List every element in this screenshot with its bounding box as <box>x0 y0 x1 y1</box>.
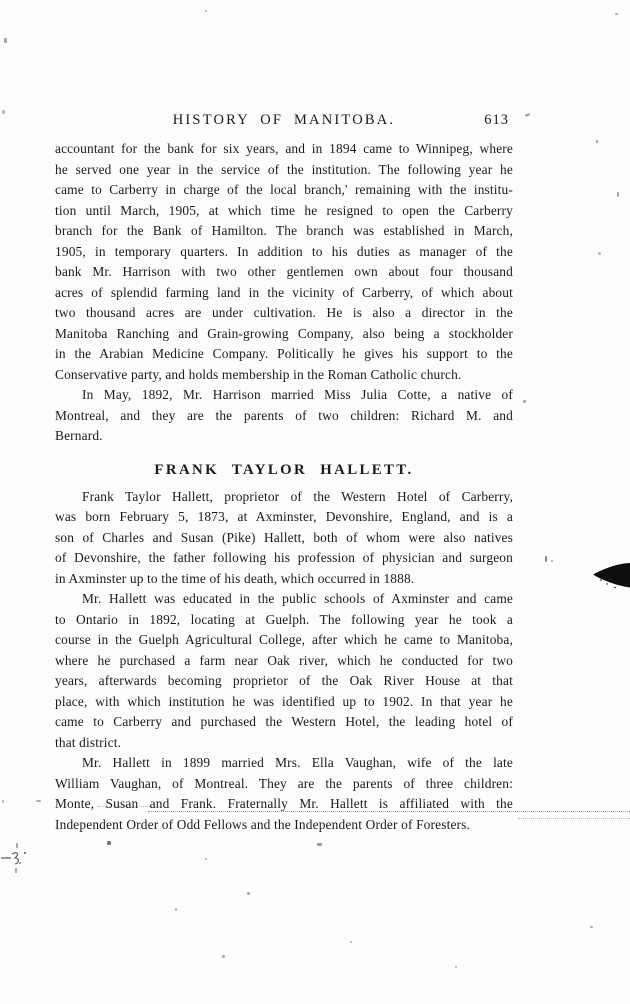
paragraph: accountant for the bank for six years, a… <box>55 139 513 385</box>
text-line: that district. <box>55 733 513 754</box>
running-head: HISTORY OF MANITOBA. 613 <box>55 112 513 132</box>
text-line: 1905, in temporary quarters. In addition… <box>55 242 513 263</box>
scan-speck <box>596 140 598 143</box>
scan-speck <box>350 941 352 943</box>
text-line: where he purchased a farm near Oak river… <box>55 651 513 672</box>
scan-speck <box>598 252 601 255</box>
text-line: in the Arabian Medicine Company. Politic… <box>55 344 513 365</box>
scan-speck <box>617 192 619 197</box>
scan-speck <box>205 858 207 860</box>
scan-speck <box>455 966 457 968</box>
text-line: Independent Order of Odd Fellows and the… <box>55 815 513 836</box>
scan-speck <box>175 908 177 911</box>
crease-line <box>148 811 630 812</box>
crease-line-right <box>518 818 630 819</box>
scan-speck <box>4 38 7 43</box>
text-line: Manitoba Ranching and Grain-growing Comp… <box>55 324 513 345</box>
text-line: Conservative party, and holds membership… <box>55 365 513 386</box>
text-line: Bernard. <box>55 426 513 447</box>
scan-speck <box>317 843 322 846</box>
running-head-title: HISTORY OF MANITOBA. <box>55 112 513 129</box>
text-line: accountant for the bank for six years, a… <box>55 139 513 160</box>
text-line: in Axminster up to the time of his death… <box>55 569 513 590</box>
handwritten-pencil-mark <box>0 840 40 880</box>
scan-speck <box>615 13 618 15</box>
scan-speck <box>545 556 547 562</box>
paragraph: Mr. Hallett in 1899 married Mrs. Ella Va… <box>55 753 513 835</box>
scan-speck <box>2 800 4 803</box>
scan-speck <box>590 926 593 928</box>
scan-speck <box>2 110 5 114</box>
text-line: tion until March, 1905, at which time he… <box>55 201 513 222</box>
scan-speck <box>551 560 553 562</box>
text-line: William Vaughan, of Montreal. They are t… <box>55 774 513 795</box>
text-line: course in the Guelph Agricultural Colleg… <box>55 630 513 651</box>
paragraph: Mr. Hallett was educated in the public s… <box>55 589 513 753</box>
section-heading: FRANK TAYLOR HALLETT. <box>55 460 513 480</box>
scan-speck <box>205 10 207 12</box>
text-line: Montreal, and they are the parents of tw… <box>55 406 513 427</box>
crease-line-small <box>98 806 160 807</box>
scan-speck <box>107 841 111 845</box>
text-line: Mr. Hallett was educated in the public s… <box>55 589 513 610</box>
scan-speck <box>247 892 250 895</box>
text-line: Mr. Hallett in 1899 married Mrs. Ella Va… <box>55 753 513 774</box>
scan-speck <box>525 113 530 117</box>
text-line: Frank Taylor Hallett, proprietor of the … <box>55 487 513 508</box>
text-line: was born February 5, 1873, at Axminster,… <box>55 507 513 528</box>
scan-speck <box>523 400 526 403</box>
text-line: In May, 1892, Mr. Harrison married Miss … <box>55 385 513 406</box>
paragraph: Frank Taylor Hallett, proprietor of the … <box>55 487 513 590</box>
paragraph: In May, 1892, Mr. Harrison married Miss … <box>55 385 513 447</box>
page-number: 613 <box>484 112 509 129</box>
text-line: branch for the Bank of Hamilton. The bra… <box>55 221 513 242</box>
scan-speck <box>36 800 41 802</box>
text-line: of Devonshire, the father following his … <box>55 548 513 569</box>
text-line: bank Mr. Harrison with two other gentlem… <box>55 262 513 283</box>
text-column: HISTORY OF MANITOBA. 613 accountant for … <box>55 112 513 835</box>
text-line: came to Carberry in charge of the local … <box>55 180 513 201</box>
text-line: son of Charles and Susan (Pike) Hallett,… <box>55 528 513 549</box>
scanned-book-page: HISTORY OF MANITOBA. 613 accountant for … <box>0 0 630 1004</box>
text-line: years, afterwards becoming proprietor of… <box>55 671 513 692</box>
scan-speck <box>222 955 225 958</box>
text-line: he served one year in the service of the… <box>55 160 513 181</box>
page-body: accountant for the bank for six years, a… <box>55 139 513 835</box>
text-line: came to Carberry and purchased the Weste… <box>55 712 513 733</box>
text-line: to Ontario in 1892, locating at Guelph. … <box>55 610 513 631</box>
text-line: two thousand acres are under cultivation… <box>55 303 513 324</box>
text-line: place, with which institution he was ide… <box>55 692 513 713</box>
text-line: acres of splendid farming land in the vi… <box>55 283 513 304</box>
ink-blot-artifact <box>593 560 630 590</box>
